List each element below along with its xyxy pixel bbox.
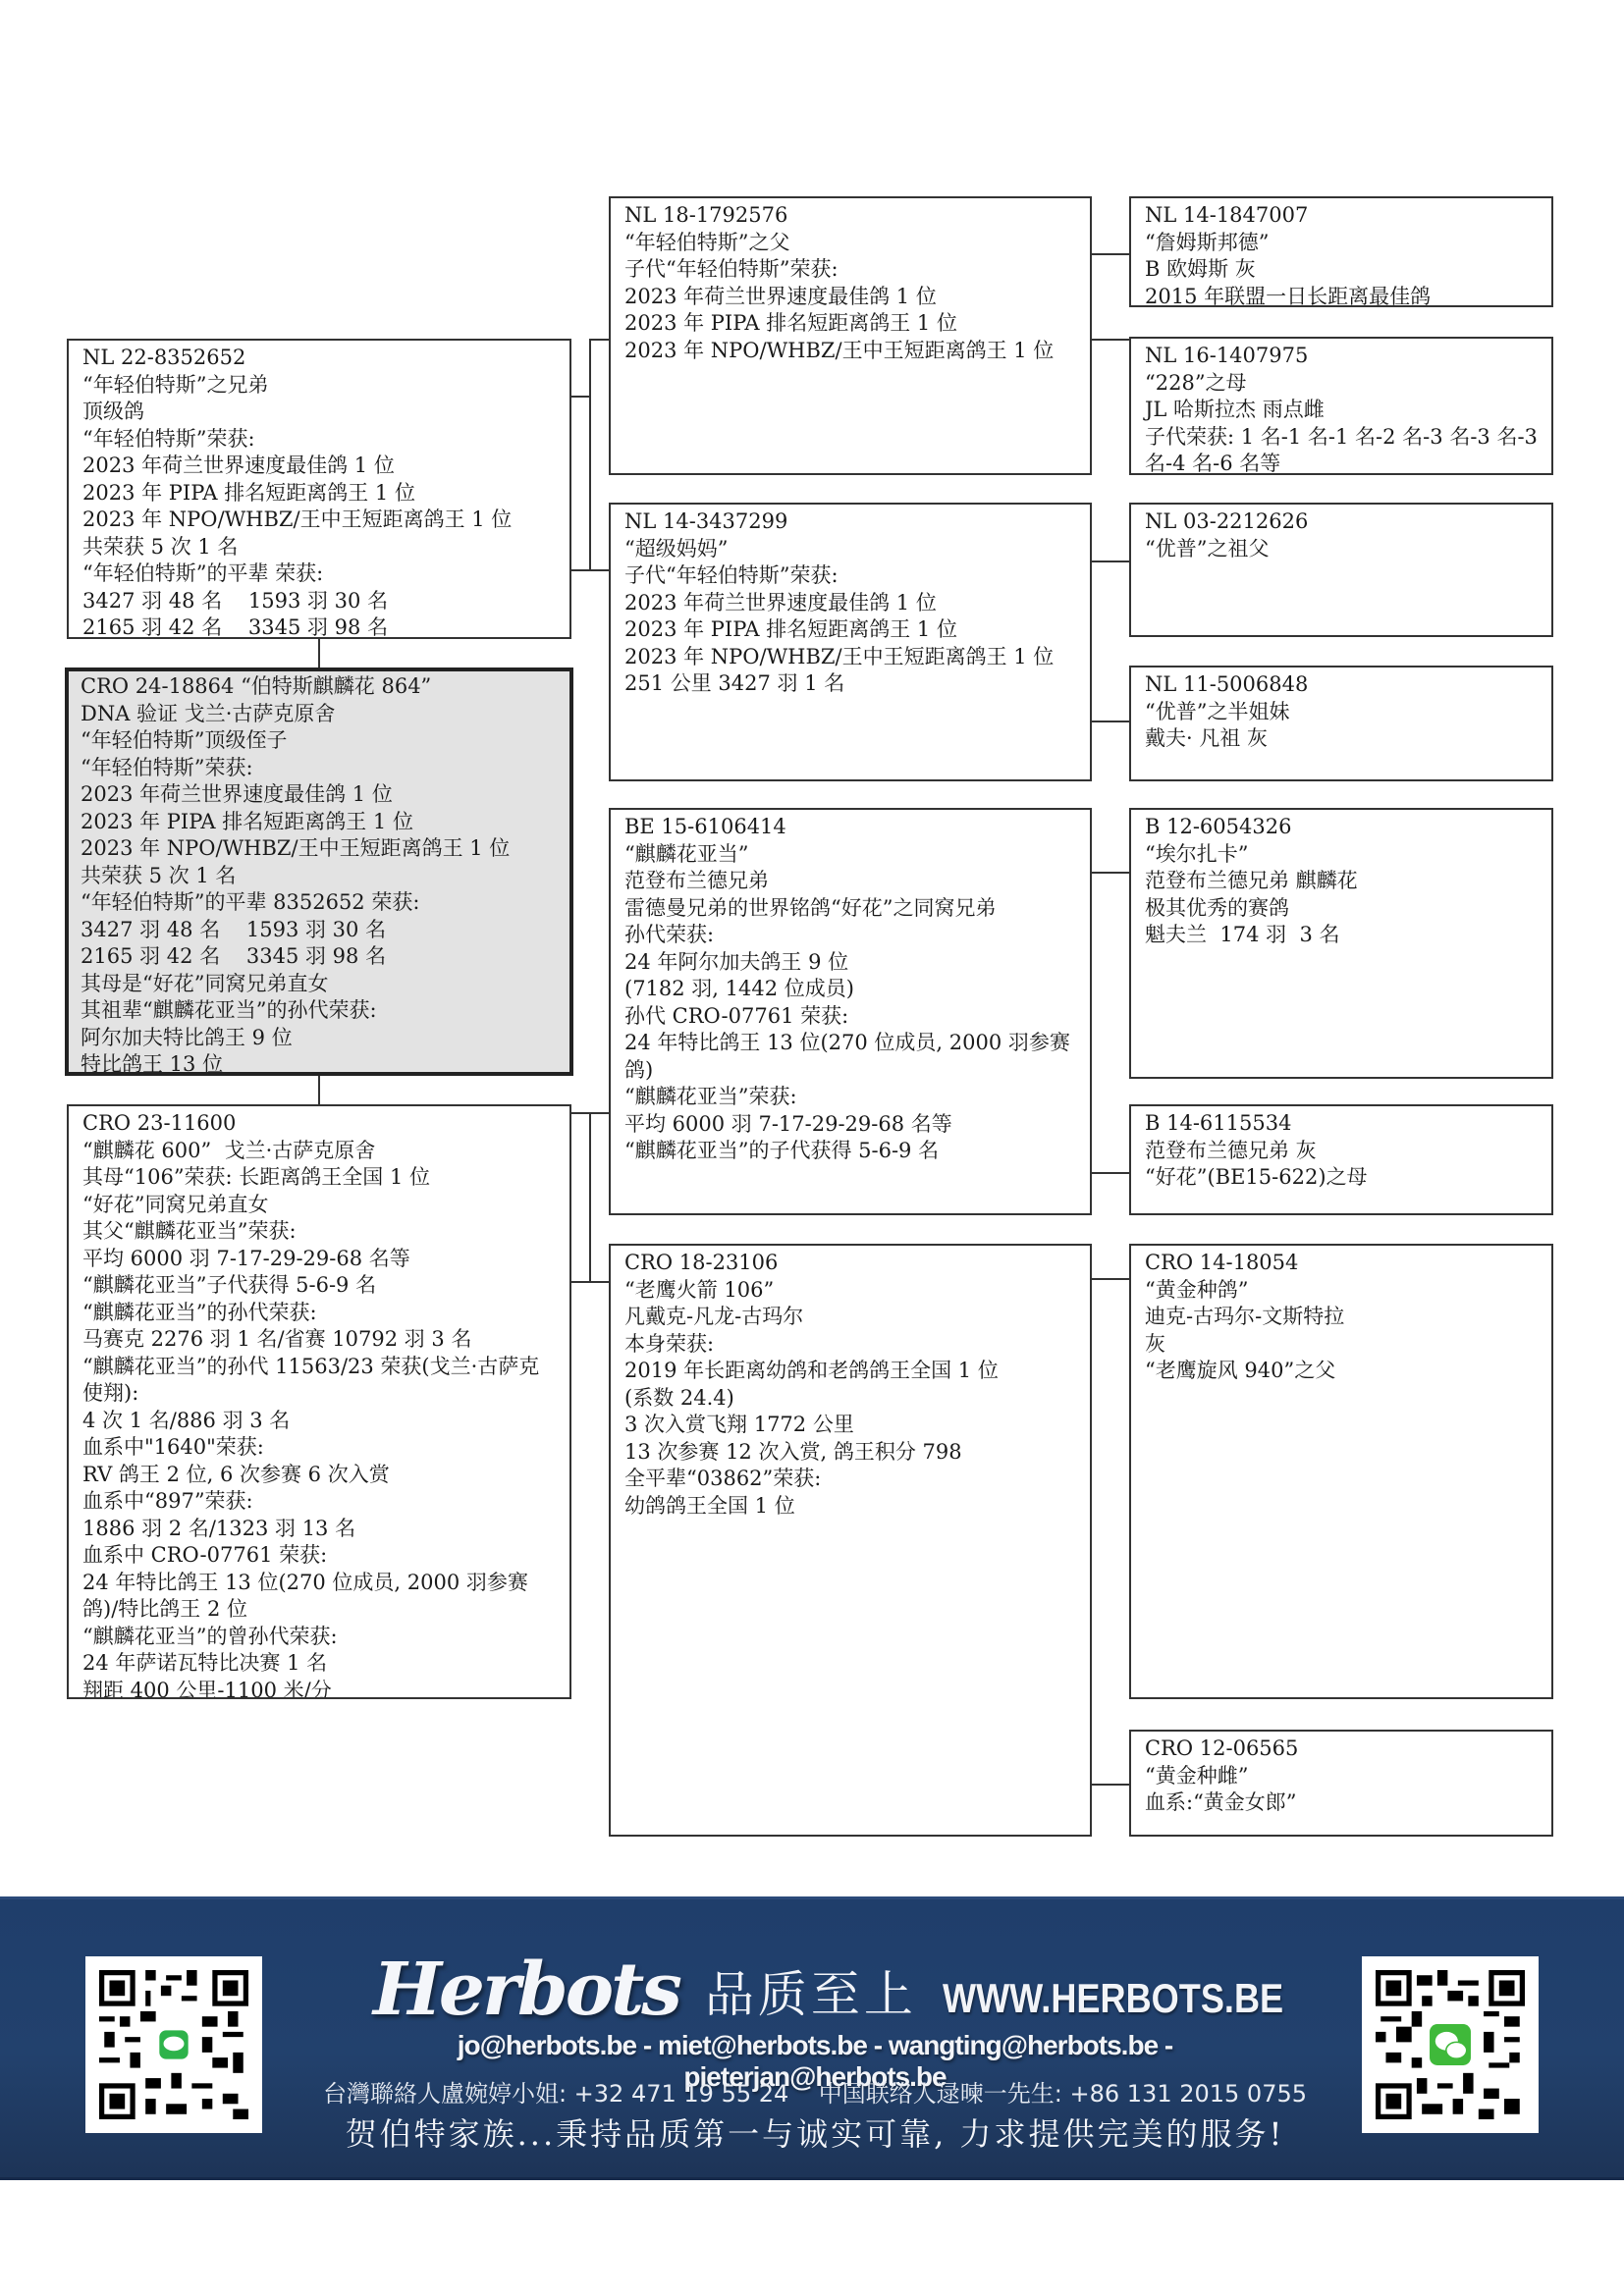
pedigree-text-line: 2023 年 NPO/WHBZ/王中王短距离鸽王 1 位	[624, 338, 1076, 365]
connector-sd-sire	[1092, 561, 1129, 562]
pedigree-text-line: 凡戴克-凡龙-古玛尔	[624, 1304, 1076, 1331]
pedigree-text-line: “好花”(BE15-622)之母	[1145, 1164, 1538, 1192]
ring-number: BE 15-6106414	[624, 814, 1076, 841]
connector-sd-dam	[1092, 721, 1129, 722]
dam-dam-card: CRO 18-23106“老鹰火箭 106”凡戴克-凡龙-古玛尔本身荣获:201…	[609, 1244, 1092, 1837]
pedigree-text-line: B 欧姆斯 灰	[1145, 256, 1538, 284]
pedigree-text-line: 2023 年 NPO/WHBZ/王中王短距离鸽王 1 位	[82, 507, 556, 534]
pedigree-text-line: “麒麟花亚当”荣获:	[624, 1084, 1076, 1111]
pedigree-text-line: 血系中 CRO-07761 荣获:	[82, 1542, 556, 1570]
pedigree-text-line: (7182 羽, 1442 位成员)	[624, 976, 1076, 1003]
pedigree-text-line: 迪克-古玛尔-文斯特拉	[1145, 1304, 1538, 1331]
pedigree-text-line: 子代“年轻伯特斯”荣获:	[624, 256, 1076, 284]
pedigree-text-line: 子代荣获: 1 名-1 名-1 名-2 名-3 名-3 名-3 名-4 名-6 …	[1145, 424, 1538, 476]
dam-sire-card: BE 15-6106414“麒麟花亚当”范登布兰德兄弟雷德曼兄弟的世界铭鸽“好花…	[609, 808, 1092, 1215]
ss-sire-card: NL 14-1847007“詹姆斯邦德”B 欧姆斯 灰2015 年联盟一日长距离…	[1129, 196, 1553, 307]
pedigree-text-line: 平均 6000 羽 7-17-29-29-68 名等	[82, 1246, 556, 1273]
connector-ss-sire	[1092, 253, 1129, 255]
connector-subject-dam	[318, 1076, 320, 1104]
pedigree-text-line: 2023 年 PIPA 排名短距离鸽王 1 位	[81, 809, 558, 836]
pedigree-text-line: 3427 羽 48 名 1593 羽 30 名	[81, 917, 558, 944]
pedigree-text-line: “老鹰旋风 940”之父	[1145, 1358, 1538, 1385]
sire-card: NL 22-8352652“年轻伯特斯”之兄弟顶级鸽“年轻伯特斯”荣获:2023…	[67, 339, 571, 639]
pedigree-text-line: 雷德曼兄弟的世界铭鸽“好花”之同窝兄弟	[624, 895, 1076, 923]
pedigree-text-line: “麒麟花亚当”的曾孙代荣获:	[82, 1624, 556, 1651]
pedigree-text-line: “优普”之祖父	[1145, 536, 1538, 563]
pedigree-text-line: 2023 年 PIPA 排名短距离鸽王 1 位	[624, 310, 1076, 338]
pedigree-text-line: “年轻伯特斯”荣获:	[82, 426, 556, 454]
pedigree-text-line: “麒麟花亚当”的子代获得 5-6-9 名	[624, 1138, 1076, 1165]
connector-dam-bracket	[589, 1112, 591, 1283]
pedigree-text-line: 孙代荣获:	[624, 922, 1076, 949]
ring-number: NL 14-1847007	[1145, 202, 1538, 230]
pedigree-text-line: 翔距 400 公里-1100 米/分	[82, 1678, 556, 1700]
herbots-logo: Herbots	[373, 1950, 679, 2029]
pedigree-text-line: 孙代 CRO-07761 荣获:	[624, 1003, 1076, 1031]
contact-row: 台灣聯絡人盧婉婷小姐: +32 471 19 55 24 中国联络人逯暕一先生:…	[295, 2074, 1335, 2109]
pedigree-text-line: 平均 6000 羽 7-17-29-29-68 名等	[624, 1111, 1076, 1139]
qr-pattern-icon	[1376, 1970, 1525, 2119]
pedigree-text-line: 2023 年荷兰世界速度最佳鸽 1 位	[624, 590, 1076, 617]
pedigree-text-line: “麒麟花亚当”子代获得 5-6-9 名	[82, 1272, 556, 1300]
pedigree-text-line: 2023 年荷兰世界速度最佳鸽 1 位	[624, 284, 1076, 311]
ring-number: NL 11-5006848	[1145, 671, 1538, 699]
pedigree-text-line: 灰	[1145, 1331, 1538, 1359]
pedigree-text-line: 24 年特比鸽王 13 位(270 位成员, 2000 羽参赛鸽)/特比鸽王 2…	[82, 1570, 556, 1624]
pedigree-text-line: 其父“麒麟花亚当”荣获:	[82, 1218, 556, 1246]
pedigree-text-line: 2023 年 PIPA 排名短距离鸽王 1 位	[82, 480, 556, 507]
brand-row: Herbots 品质至上 WWW.HERBOTS.BE	[373, 1941, 1339, 2029]
website-link[interactable]: WWW.HERBOTS.BE	[943, 1968, 1283, 2029]
pedigree-text-line: 范登布兰德兄弟 灰	[1145, 1138, 1538, 1165]
pedigree-text-line: 子代“年轻伯特斯”荣获:	[624, 562, 1076, 590]
pedigree-text-line: “好花”同窝兄弟直女	[82, 1192, 556, 1219]
pedigree-text-line: DNA 验证 戈兰·古萨克原舍	[81, 701, 558, 728]
ring-number: CRO 23-11600	[82, 1110, 556, 1138]
pedigree-text-line: 血系中“897”荣获:	[82, 1488, 556, 1516]
ring-number: CRO 14-18054	[1145, 1250, 1538, 1277]
ds-dam-card: B 14-6115534范登布兰德兄弟 灰“好花”(BE15-622)之母	[1129, 1104, 1553, 1215]
dam-card: CRO 23-11600“麒麟花 600” 戈兰·古萨克原舍其母“106”荣获:…	[67, 1104, 571, 1699]
pedigree-text-line: 魁夫兰 174 羽 3 名	[1145, 922, 1538, 949]
dd-dam-card: CRO 12-06565“黄金种雌”血系:“黄金女郎”	[1129, 1730, 1553, 1837]
footer-banner: Herbots 品质至上 WWW.HERBOTS.BE jo@herbots.b…	[0, 1896, 1624, 2180]
brand-slogan: 品质至上	[705, 1960, 917, 2029]
dd-sire-card: CRO 14-18054“黄金种鸽”迪克-古玛尔-文斯特拉灰“老鹰旋风 940”…	[1129, 1244, 1553, 1699]
pedigree-text-line: 24 年特比鸽王 13 位(270 位成员, 2000 羽参赛鸽)	[624, 1030, 1076, 1084]
pedigree-text-line: 251 公里 3427 羽 1 名	[624, 670, 1076, 698]
pedigree-text-line: “年轻伯特斯”顶级侄子	[81, 727, 558, 755]
pedigree-text-line: “年轻伯特斯”荣获:	[81, 755, 558, 782]
contact-china: 中国联络人逯暕一先生: +86 131 2015 0755	[819, 2080, 1307, 2108]
pedigree-text-line: 2023 年荷兰世界速度最佳鸽 1 位	[81, 781, 558, 809]
pedigree-text-line: 特比鸽王 13 位	[81, 1051, 558, 1076]
pedigree-text-line: 其祖辈“麒麟花亚当”的孙代荣获:	[81, 997, 558, 1025]
ring-number: NL 16-1407975	[1145, 343, 1538, 370]
wechat-qr-code[interactable]	[1362, 1956, 1539, 2133]
pedigree-text-line: RV 鸽王 2 位, 6 次参赛 6 次入赏	[82, 1462, 556, 1489]
pedigree-text-line: “年轻伯特斯”的平辈 荣获:	[82, 561, 556, 588]
pedigree-text-line: 2023 年 PIPA 排名短距离鸽王 1 位	[624, 616, 1076, 644]
ring-number: B 14-6115534	[1145, 1110, 1538, 1138]
pedigree-text-line: 马赛克 2276 羽 1 名/省赛 10792 羽 3 名	[82, 1326, 556, 1354]
pedigree-text-line: 血系中"1640"荣获:	[82, 1434, 556, 1462]
ring-number: B 12-6054326	[1145, 814, 1538, 841]
pedigree-text-line: 其母“106”荣获: 长距离鸽王全国 1 位	[82, 1164, 556, 1192]
sire-dam-card: NL 14-3437299“超级妈妈”子代“年轻伯特斯”荣获:2023 年荷兰世…	[609, 503, 1092, 781]
ss-dam-card: NL 16-1407975“228”之母JL 哈斯拉杰 雨点雌子代荣获: 1 名…	[1129, 337, 1553, 475]
pedigree-text-line: “超级妈妈”	[624, 536, 1076, 563]
sd-dam-card: NL 11-5006848“优普”之半姐妹戴夫· 凡祖 灰	[1129, 666, 1553, 781]
pedigree-text-line: 共荣获 5 次 1 名	[82, 534, 556, 561]
pedigree-text-line: 顶级鸽	[82, 399, 556, 426]
ds-sire-card: B 12-6054326“埃尔扎卡”范登布兰德兄弟 麒麟花极其优秀的赛鸽魁夫兰 …	[1129, 808, 1553, 1079]
pedigree-text-line: “麒麟花 600” 戈兰·古萨克原舍	[82, 1138, 556, 1165]
sd-sire-card: NL 03-2212626“优普”之祖父	[1129, 503, 1553, 637]
pedigree-text-line: 血系:“黄金女郎”	[1145, 1789, 1538, 1817]
pedigree-text-line: 2023 年 NPO/WHBZ/王中王短距离鸽王 1 位	[81, 835, 558, 863]
pedigree-text-line: “黄金种鸽”	[1145, 1277, 1538, 1305]
connector-subject-sire	[318, 639, 320, 667]
ring-number: NL 03-2212626	[1145, 508, 1538, 536]
connector-ss-dam	[1092, 339, 1129, 341]
pedigree-text-line: “麒麟花亚当”的孙代荣获:	[82, 1300, 556, 1327]
pedigree-text-line: JL 哈斯拉杰 雨点雌	[1145, 397, 1538, 424]
pedigree-text-line: 其母是“好花”同窝兄弟直女	[81, 971, 558, 998]
pedigree-text-line: 范登布兰德兄弟	[624, 868, 1076, 895]
connector-ds-dam	[1092, 1172, 1129, 1174]
pedigree-text-line: 极其优秀的赛鸽	[1145, 895, 1538, 923]
ring-number: NL 18-1792576	[624, 202, 1076, 230]
pedigree-text-line: 3427 羽 48 名 1593 羽 30 名	[82, 588, 556, 615]
pedigree-text-line: “年轻伯特斯”的平辈 8352652 荣获:	[81, 889, 558, 917]
connector-sire-out-bottom	[571, 569, 590, 571]
pedigree-text-line: 13 次参赛 12 次入赏, 鸽王积分 798	[624, 1439, 1076, 1467]
pedigree-text-line: 戴夫· 凡祖 灰	[1145, 725, 1538, 753]
pedigree-text-line: 2165 羽 42 名 3345 羽 98 名	[81, 943, 558, 971]
pedigree-text-line: “埃尔扎卡”	[1145, 841, 1538, 869]
pedigree-text-line: 24 年萨诺瓦特比决赛 1 名	[82, 1650, 556, 1678]
pedigree-text-line: “228”之母	[1145, 370, 1538, 398]
pedigree-text-line: “年轻伯特斯”之父	[624, 230, 1076, 257]
connector-ds-sire	[1092, 872, 1129, 874]
pedigree-text-line: 3 次入赏飞翔 1772 公里	[624, 1412, 1076, 1439]
pedigree-text-line: 2023 年荷兰世界速度最佳鸽 1 位	[82, 453, 556, 480]
pedigree-text-line: 2023 年 NPO/WHBZ/王中王短距离鸽王 1 位	[624, 644, 1076, 671]
pedigree-text-line: “麒麟花亚当”	[624, 841, 1076, 869]
pedigree-text-line: 24 年阿尔加夫鸽王 9 位	[624, 949, 1076, 977]
pedigree-text-line: 范登布兰德兄弟 麒麟花	[1145, 868, 1538, 895]
connector-sire-bracket	[589, 340, 591, 571]
pedigree-text-line: “黄金种雌”	[1145, 1763, 1538, 1790]
ring-number: NL 22-8352652	[82, 345, 556, 372]
ring-number: CRO 12-06565	[1145, 1735, 1538, 1763]
pedigree-text-line: 2165 羽 42 名 3345 羽 98 名	[82, 614, 556, 639]
pedigree-text-line: “优普”之半姐妹	[1145, 699, 1538, 726]
line-qr-code[interactable]	[85, 1956, 262, 2133]
ring-number: CRO 24-18864 “伯特斯麒麟花 864”	[81, 673, 558, 701]
pedigree-text-line: “麒麟花亚当”的孙代 11563/23 荣获(戈兰·古萨克使翔):	[82, 1354, 556, 1408]
pedigree-text-line: 2015 年联盟一日长距离最佳鸽	[1145, 284, 1538, 308]
connector-sire-out-top	[571, 396, 590, 398]
pedigree-text-line: 阿尔加夫特比鸽王 9 位	[81, 1025, 558, 1052]
pedigree-text-line: (系数 24.4)	[624, 1385, 1076, 1413]
pedigree-text-line: 2019 年长距离幼鸽和老鸽鸽王全国 1 位	[624, 1358, 1076, 1385]
motto: 贺伯特家族...秉持品质第一与诚实可靠, 力求提供完美的服务!	[285, 2109, 1345, 2155]
pedigree-text-line: 幼鸽鸽王全国 1 位	[624, 1493, 1076, 1521]
connector-dd-sire	[1092, 1278, 1129, 1280]
contact-taiwan: 台灣聯絡人盧婉婷小姐: +32 471 19 55 24	[323, 2080, 788, 2108]
pedigree-text-line: 本身荣获:	[624, 1331, 1076, 1359]
sire-sire-card: NL 18-1792576“年轻伯特斯”之父子代“年轻伯特斯”荣获:2023 年…	[609, 196, 1092, 475]
qr-pattern-icon	[99, 1970, 248, 2119]
pedigree-text-line: 4 次 1 名/886 羽 3 名	[82, 1408, 556, 1435]
pedigree-text-line: 全平辈“03862”荣获:	[624, 1466, 1076, 1493]
ring-number: CRO 18-23106	[624, 1250, 1076, 1277]
connector-to-sire-dam-2	[589, 569, 609, 571]
pedigree-text-line: “老鹰火箭 106”	[624, 1277, 1076, 1305]
subject-pigeon-card: CRO 24-18864 “伯特斯麒麟花 864”DNA 验证 戈兰·古萨克原舍…	[65, 667, 573, 1076]
connector-to-sire-sire	[589, 339, 609, 341]
pedigree-text-line: 1886 羽 2 名/1323 羽 13 名	[82, 1516, 556, 1543]
pedigree-text-line: 共荣获 5 次 1 名	[81, 863, 558, 890]
ring-number: NL 14-3437299	[624, 508, 1076, 536]
pedigree-text-line: “詹姆斯邦德”	[1145, 230, 1538, 257]
pedigree-text-line: “年轻伯特斯”之兄弟	[82, 372, 556, 400]
connector-dd-dam	[1092, 1784, 1129, 1786]
